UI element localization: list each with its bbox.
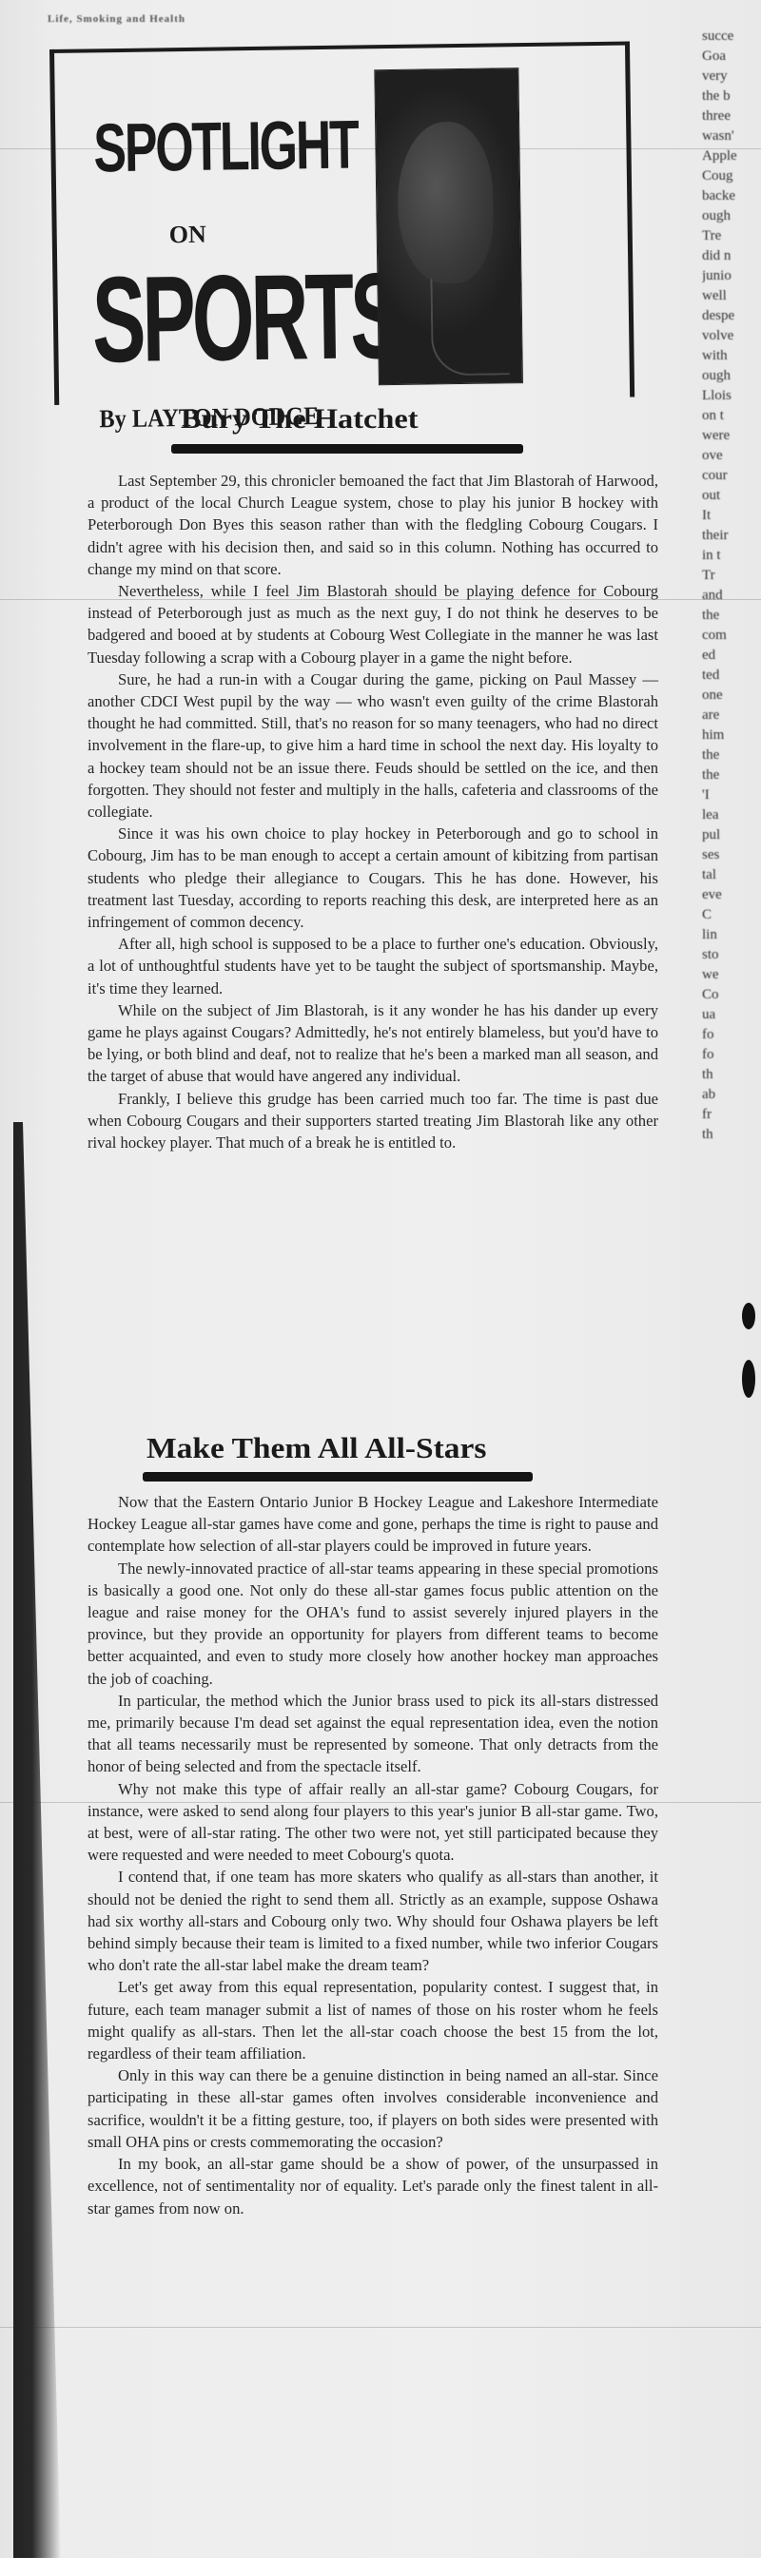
- article-paragraph: The newly-innovated practice of all-star…: [88, 1558, 658, 1690]
- fragment-line: ab: [702, 1085, 761, 1105]
- fragment-line: and: [702, 586, 761, 606]
- column-masthead: SPOTLIGHT ON SPORTS By LAYTON DODGE: [49, 41, 634, 404]
- fragment-line: ted: [702, 666, 761, 686]
- headline-underline: [171, 444, 523, 454]
- article-paragraph: Only in this way can there be a genuine …: [88, 2064, 658, 2153]
- fragment-line: the: [702, 606, 761, 626]
- article-paragraph: Sure, he had a run-in with a Cougar duri…: [88, 668, 658, 823]
- scan-margin: [0, 2558, 761, 2576]
- fragment-line: Llois: [702, 386, 761, 406]
- fragment-line: pul: [702, 825, 761, 845]
- fragment-line: cour: [702, 466, 761, 486]
- ink-mark: [742, 1360, 755, 1398]
- fragment-line: com: [702, 626, 761, 646]
- article-paragraph: Nevertheless, while I feel Jim Blastorah…: [88, 580, 658, 668]
- fragment-line: th: [702, 1065, 761, 1085]
- article-paragraph: Last September 29, this chronicler bemoa…: [88, 470, 658, 580]
- columnist-photo: [374, 68, 523, 385]
- fragment-line: Co: [702, 985, 761, 1005]
- article-paragraph: Frankly, I believe this grudge has been …: [88, 1088, 658, 1154]
- fragment-line: we: [702, 965, 761, 985]
- masthead-title-sports: SPORTS: [91, 256, 400, 382]
- fragment-line: are: [702, 706, 761, 726]
- fragment-line: out: [702, 486, 761, 506]
- fragment-line: lea: [702, 805, 761, 825]
- fragment-line: ed: [702, 646, 761, 666]
- ink-mark: [742, 1303, 755, 1329]
- scan-edge-shadow: [13, 1122, 61, 2567]
- fragment-line: with: [702, 346, 761, 366]
- fragment-line: the: [702, 746, 761, 765]
- fragment-line: ses: [702, 845, 761, 865]
- fragment-line: despe: [702, 306, 761, 326]
- article-paragraph: While on the subject of Jim Blastorah, i…: [88, 999, 658, 1088]
- fragment-line: eve: [702, 885, 761, 905]
- fragment-line: Apple: [702, 146, 761, 166]
- fragment-line: the: [702, 765, 761, 785]
- fragment-line: Tre: [702, 226, 761, 246]
- fragment-line: well: [702, 286, 761, 306]
- fragment-line: Tr: [702, 566, 761, 586]
- article-paragraph: Now that the Eastern Ontario Junior B Ho…: [88, 1491, 658, 1558]
- article-body-2: Now that the Eastern Ontario Junior B Ho…: [88, 1491, 658, 2219]
- fragment-line: did n: [702, 246, 761, 266]
- fragment-line: in t: [702, 546, 761, 566]
- article-paragraph: Why not make this type of affair really …: [88, 1778, 658, 1867]
- fragment-line: ua: [702, 1005, 761, 1025]
- fragment-line: tal: [702, 865, 761, 885]
- collar-shape: [430, 278, 509, 376]
- fragment-line: junio: [702, 266, 761, 286]
- fragment-line: succe: [702, 27, 761, 47]
- fragment-line: very: [702, 67, 761, 87]
- fragment-line: ough: [702, 366, 761, 386]
- fragment-line: Coug: [702, 166, 761, 186]
- fragment-line: backe: [702, 186, 761, 206]
- headline-make-them-all-all-stars: Make Them All All-Stars: [146, 1431, 486, 1465]
- fragment-line: 'I: [702, 785, 761, 805]
- fragment-line: lin: [702, 925, 761, 945]
- fragment-line: him: [702, 726, 761, 746]
- fragment-line: three: [702, 107, 761, 126]
- fragment-line: fo: [702, 1045, 761, 1065]
- fragment-line: one: [702, 686, 761, 706]
- fragment-line: ove: [702, 446, 761, 466]
- fragment-line: It: [702, 506, 761, 526]
- fragment-line: fo: [702, 1025, 761, 1045]
- fragment-line: C: [702, 905, 761, 925]
- newspaper-page: Life, Smoking and Health SPOTLIGHT ON SP…: [0, 0, 761, 2576]
- fragment-line: sto: [702, 945, 761, 965]
- article-paragraph: After all, high school is supposed to be…: [88, 933, 658, 999]
- fragment-line: ough: [702, 206, 761, 226]
- adjacent-column-fragment: succeGoaverythe bthreewasn'AppleCougback…: [702, 27, 761, 1145]
- fragment-line: Goa: [702, 47, 761, 67]
- article-paragraph: Since it was his own choice to play hock…: [88, 823, 658, 933]
- top-caption: Life, Smoking and Health: [48, 13, 185, 25]
- article-paragraph: Let's get away from this equal represent…: [88, 1976, 658, 2064]
- fragment-line: fr: [702, 1105, 761, 1125]
- fragment-line: th: [702, 1125, 761, 1145]
- fragment-line: their: [702, 526, 761, 546]
- article-paragraph: In particular, the method which the Juni…: [88, 1690, 658, 1778]
- fragment-line: volve: [702, 326, 761, 346]
- fragment-line: the b: [702, 87, 761, 107]
- masthead-title-on: ON: [169, 221, 206, 250]
- fragment-line: on t: [702, 406, 761, 426]
- face-shape: [397, 122, 494, 284]
- headline-bury-the-hatchet: Bury The Hatchet: [181, 403, 419, 436]
- article-body-1: Last September 29, this chronicler bemoa…: [88, 470, 658, 1153]
- headline-underline: [143, 1472, 533, 1482]
- fold-line: [0, 2327, 761, 2328]
- masthead-title-spotlight: SPOTLIGHT: [93, 106, 358, 187]
- article-paragraph: I contend that, if one team has more ska…: [88, 1866, 658, 1976]
- fragment-line: were: [702, 426, 761, 446]
- article-paragraph: In my book, an all-star game should be a…: [88, 2153, 658, 2219]
- fragment-line: wasn': [702, 126, 761, 146]
